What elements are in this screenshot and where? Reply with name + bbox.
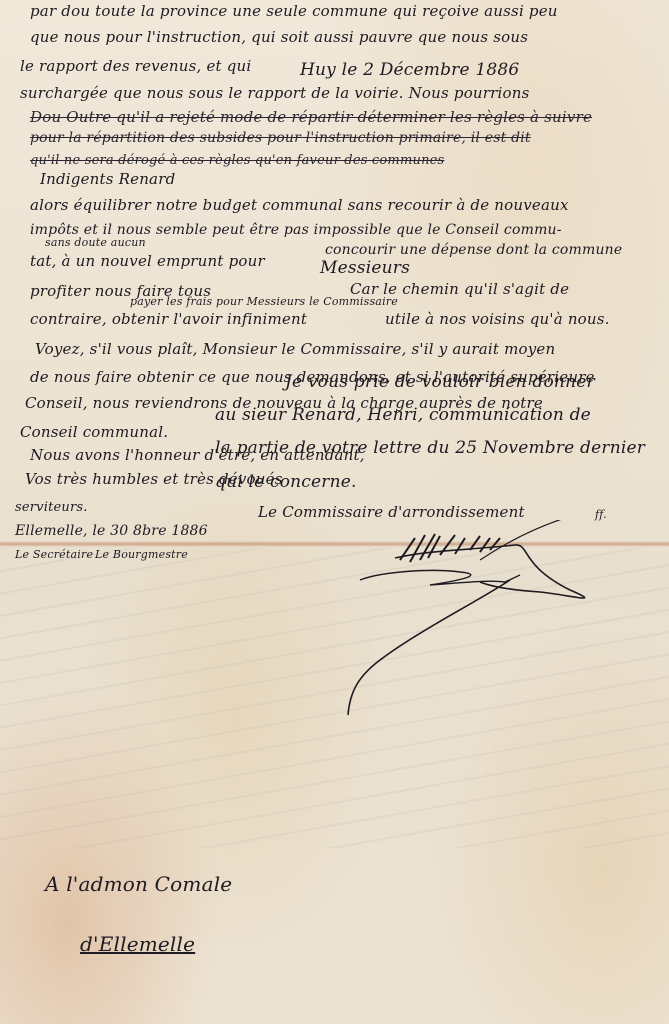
reply-body-line: Je vous prie de vouloir bien donner — [285, 372, 595, 392]
reply-salutation: Messieurs — [320, 258, 410, 278]
reply-body-line: qui le concerne. — [215, 472, 357, 492]
draft-line-struck: Dou Outre qu'il a rejeté mode de réparti… — [30, 108, 592, 126]
draft-line: alors équilibrer notre budget communal s… — [30, 196, 569, 214]
draft-line: Conseil communal. — [20, 423, 168, 441]
draft-place-date: Ellemelle, le 30 8bre 1886 — [15, 523, 208, 539]
secretary-signature: Le Secrétaire — [15, 548, 93, 561]
draft-line: par dou toute la province une seule comm… — [30, 2, 558, 20]
reply-signature-title: Le Commissaire d'arrondissement — [258, 503, 525, 521]
interlinear-note: sans doute aucun — [45, 236, 146, 249]
draft-line: contraire, obtenir l'avoir infiniment — [30, 310, 307, 328]
letter-page: par dou toute la province une seule comm… — [0, 0, 669, 1024]
address-line-1: A l'admon Comale — [45, 872, 232, 896]
interlinear-fragment: concourir une dépense dont la commune — [325, 242, 622, 258]
draft-line: le rapport des revenus, et qui — [20, 57, 251, 75]
reply-place-date: Huy le 2 Décembre 1886 — [300, 60, 519, 80]
draft-line: surchargée que nous sous le rapport de l… — [20, 84, 530, 102]
interlinear-fragment: utile à nos voisins qu'à nous. — [385, 310, 610, 328]
draft-line: que nous pour l'instruction, qui soit au… — [30, 28, 528, 46]
draft-line-struck: pour la répartition des subsides pour l'… — [30, 130, 531, 146]
draft-line: tat, à un nouvel emprunt pour — [30, 252, 265, 270]
reply-body-line: la partie de votre lettre du 25 Novembre… — [215, 438, 645, 458]
draft-line: Voyez, s'il vous plaît, Monsieur le Comm… — [35, 340, 555, 358]
reply-body-line: au sieur Renard, Henri, communication de — [215, 405, 591, 425]
draft-line-struck: qu'il ne sera dérogé à ces règles qu'en … — [30, 153, 444, 168]
draft-closing: serviteurs. — [15, 500, 88, 515]
draft-line-note: Indigents Renard — [40, 170, 175, 188]
mayor-signature: Le Bourgmestre — [95, 548, 188, 561]
interlinear-note: payer les frais pour Messieurs le Commis… — [130, 295, 398, 308]
commissioner-signature-flourish — [340, 520, 669, 720]
address-line-2: d'Ellemelle — [80, 932, 195, 956]
